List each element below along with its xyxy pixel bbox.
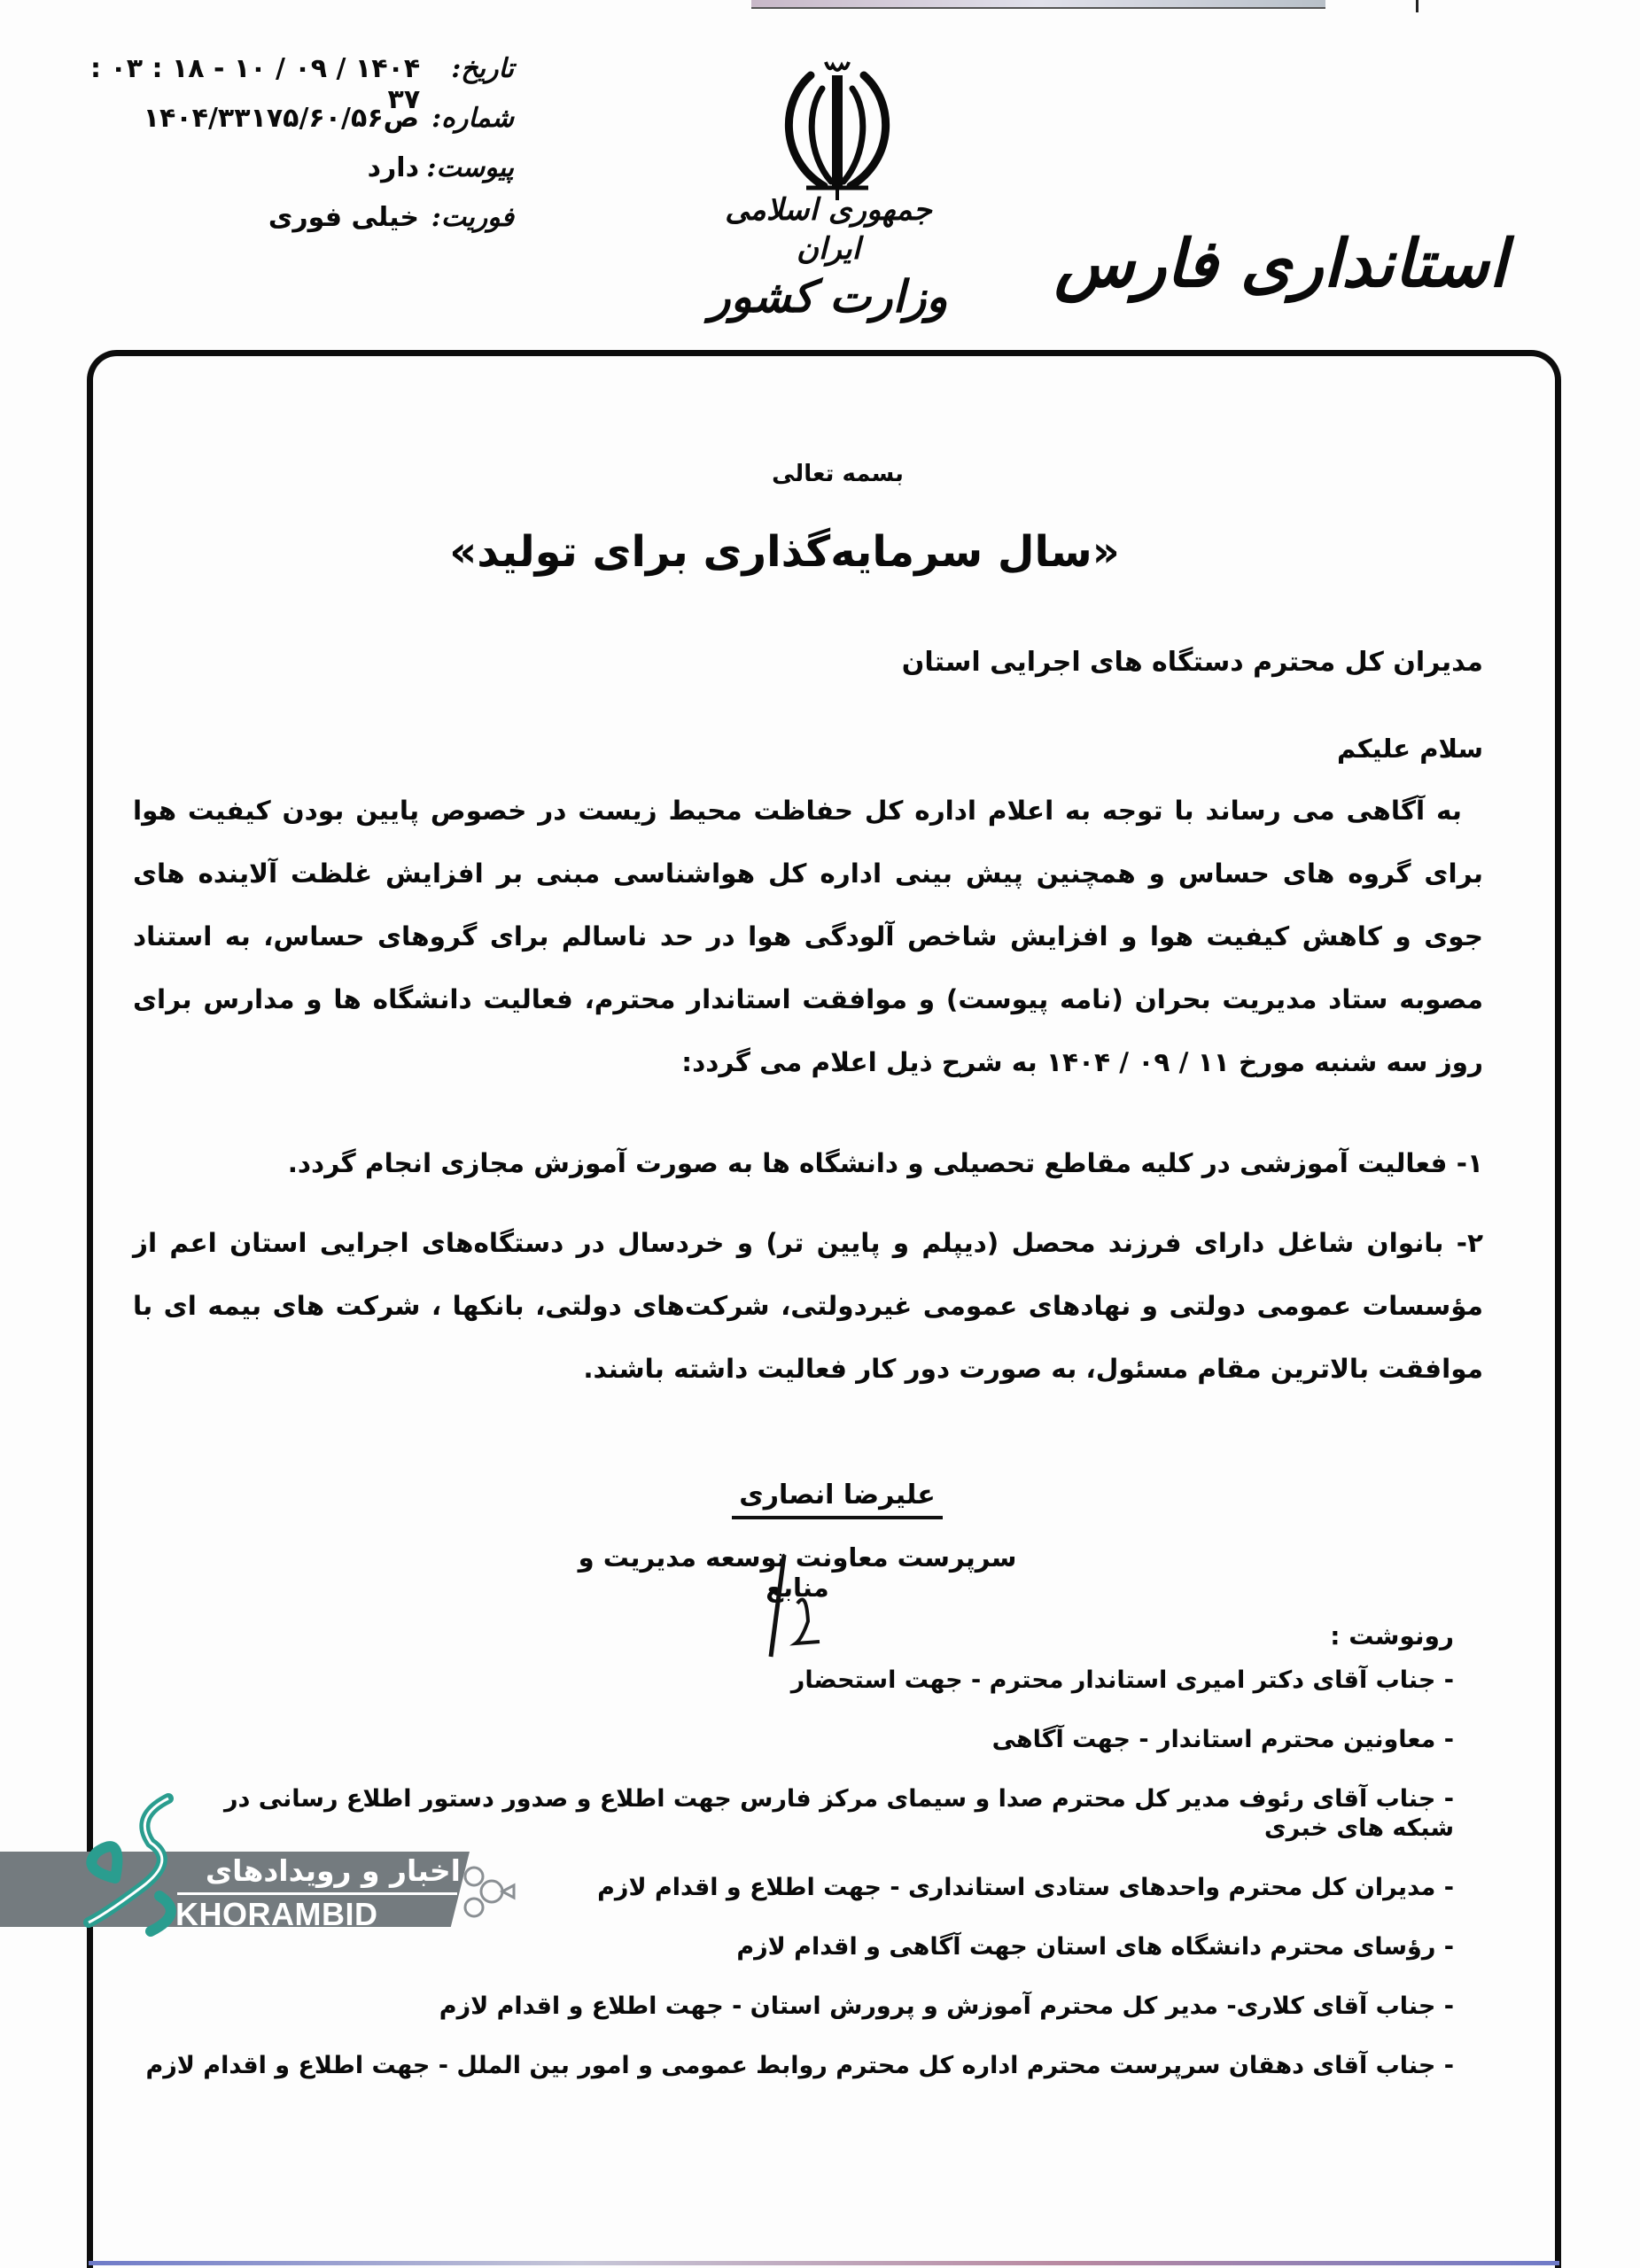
country-name: جمهوری اسلامی ایران [704,190,952,268]
year-slogan: «سال سرمایه‌گذاری برای تولید» [0,527,1640,577]
iran-emblem-icon [762,53,913,204]
cc-item: - معاونین محترم استاندار - جهت آگاهی [36,1725,1454,1754]
top-edge-strip [751,0,1325,9]
meta-priority-label: فوریت: [430,202,514,233]
meta-number-label: شماره: [430,103,514,134]
organization-title: استانداری فارس [1054,226,1507,302]
top-edge-tick [1416,0,1418,12]
directive-item-2: ۲- بانوان شاغل دارای فرزند محصل (دیپلم و… [133,1212,1483,1401]
meta-priority: فوریت: خیلی فوری [53,202,514,252]
greeting: سلام علیکم [1337,734,1483,764]
meta-attachment: پیوست: دارد [53,152,514,202]
watermark-divider [177,1892,457,1895]
bottom-edge-line [89,2261,1559,2265]
watermark-script-logo-icon [62,1781,195,1940]
signatory-name: علیرضا انصاری [732,1480,942,1519]
ministry-block: جمهوری اسلامی ایران وزارت کشور [704,190,952,325]
watermark-en-text: KHORAMBID [175,1896,377,1933]
handwritten-signature-icon [718,1555,895,1661]
meta-priority-value: خیلی فوری [268,202,419,233]
ministry-name: وزارت کشور [704,268,952,325]
letter-body: به آگاهی می رساند با توجه به اعلام اداره… [133,780,1483,1094]
watermark-fa-text: اخبار و رویدادهای [206,1853,461,1888]
bismillah: بسمه تعالی [0,461,1640,487]
cc-item: - جناب آقای کلاری- مدیر کل محترم آموزش و… [36,1992,1454,2021]
cc-item: - جناب آقای دهقان سرپرست محترم اداره کل … [36,2051,1454,2080]
meta-attachment-label: پیوست: [430,152,514,183]
meta-date: تاریخ: ۱۴۰۴ / ۰۹ / ۱۰ - ۱۸ : ۰۳ : ۳۷ [53,53,514,103]
cc-item: - جناب آقای دکتر امیری استاندار محترم - … [36,1666,1454,1695]
letter-meta: تاریخ: ۱۴۰۴ / ۰۹ / ۱۰ - ۱۸ : ۰۳ : ۳۷ شما… [53,53,514,252]
meta-number-value: ص۱۴۰۴/۳۳۱۷۵/۶۰/۵۶ [144,103,419,134]
cc-heading: رونوشت : [1330,1621,1454,1651]
addressee: مدیران کل محترم دستگاه های اجرایی استان [902,647,1483,678]
meta-date-label: تاریخ: [431,53,514,84]
meta-attachment-value: دارد [368,152,419,183]
khorambid-watermark: اخبار و رویدادهای KHORAMBID [0,1772,549,1949]
watermark-ornament-icon [456,1859,518,1925]
directive-item-1: ۱- فعالیت آموزشی در کلیه مقاطع تحصیلی و … [133,1132,1483,1195]
